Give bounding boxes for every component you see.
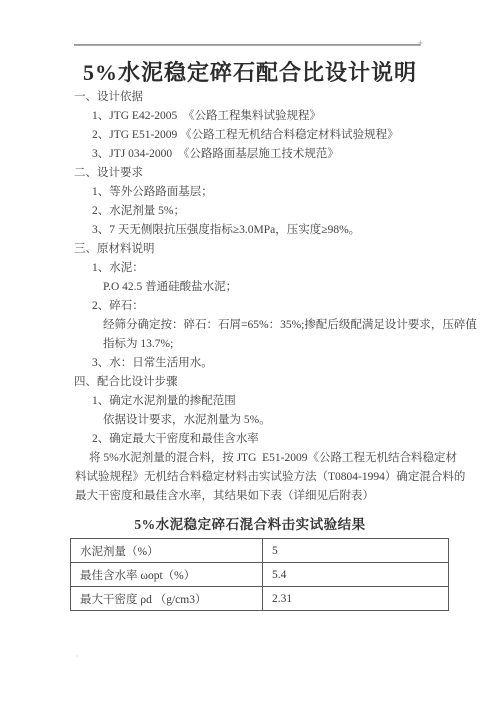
table-title: 5%水泥稳定碎石混合料击实试验结果	[0, 513, 500, 533]
section-heading: 一、设计依据	[74, 88, 500, 107]
table-cell-label: 最佳含水率 ωopt（%）	[71, 563, 263, 587]
page-title: 5%水泥稳定碎石配合比设计说明	[0, 56, 500, 87]
list-item: 3、水：日常生活用水。	[92, 354, 500, 373]
list-item: 2、水泥剂量 5%；	[92, 202, 500, 221]
list-item: 2、碎石：	[92, 297, 500, 316]
sub-text: P.O 42.5 普通硅酸盐水泥；	[103, 278, 500, 297]
table-row: 最大干密度 ρd （g/cm3） 2.31	[71, 587, 449, 611]
document-body: 一、设计依据 1、JTG E42-2005 《公路工程集料试验规程》 2、JTG…	[0, 88, 500, 506]
list-item: 3、JTJ 034-2000 《公路路面基层施工技术规范》	[92, 145, 500, 164]
list-item: 1、等外公路路面基层；	[92, 183, 500, 202]
paragraph-line: 料试验规程》无机结合料稳定材料击实试验方法（T0804-1994）确定混合料的	[75, 468, 500, 487]
list-item: 2、JTG E51-2009 《公路工程无机结合料稳定材料试验规程》	[92, 126, 500, 145]
section-heading: 四、配合比设计步骤	[74, 373, 500, 392]
footer-artifact: ·	[76, 654, 80, 660]
sub-text: 经筛分确定按：碎石：石屑=65%：35%;掺配后级配满足设计要求，压碎值	[103, 316, 500, 335]
table-cell-value: 5	[263, 539, 449, 563]
results-table: 水泥剂量（%） 5 最佳含水率 ωopt（%） 5.4 最大干密度 ρd （g/…	[70, 538, 449, 611]
section-heading: 二、设计要求	[74, 164, 500, 183]
table-cell-label: 最大干密度 ρd （g/cm3）	[71, 587, 263, 611]
table-cell-value: 5.4	[263, 563, 449, 587]
table-row: 最佳含水率 ωopt（%） 5.4	[71, 563, 449, 587]
list-item: 3、7 天无侧限抗压强度指标≥3.0MPa，压实度≥98%。	[92, 221, 500, 240]
table-cell-value: 2.31	[263, 587, 449, 611]
sub-text: 指标为 13.7%;	[103, 335, 500, 354]
paragraph-line: 最大干密度和最佳含水率，其结果如下表（详细见后附表）	[75, 487, 500, 506]
sub-text: 依据设计要求，水泥剂量为 5%。	[103, 411, 500, 430]
crop-mark: +	[416, 39, 425, 48]
paragraph-line: 将 5%水泥剂量的混合料，按 JTG E51-2009《公路工程无机结合料稳定材	[89, 449, 500, 468]
table-row: 水泥剂量（%） 5	[71, 539, 449, 563]
document-page: + 5%水泥稳定碎石配合比设计说明 一、设计依据 1、JTG E42-2005 …	[0, 0, 500, 708]
list-item: 2、确定最大干密度和最佳含水率	[92, 430, 500, 449]
header-rule	[74, 44, 421, 46]
list-item: 1、确定水泥剂量的掺配范围	[92, 392, 500, 411]
list-item: 1、JTG E42-2005 《公路工程集料试验规程》	[92, 107, 500, 126]
section-heading: 三、原材料说明	[74, 240, 500, 259]
list-item: 1、水泥：	[92, 259, 500, 278]
table-cell-label: 水泥剂量（%）	[71, 539, 263, 563]
